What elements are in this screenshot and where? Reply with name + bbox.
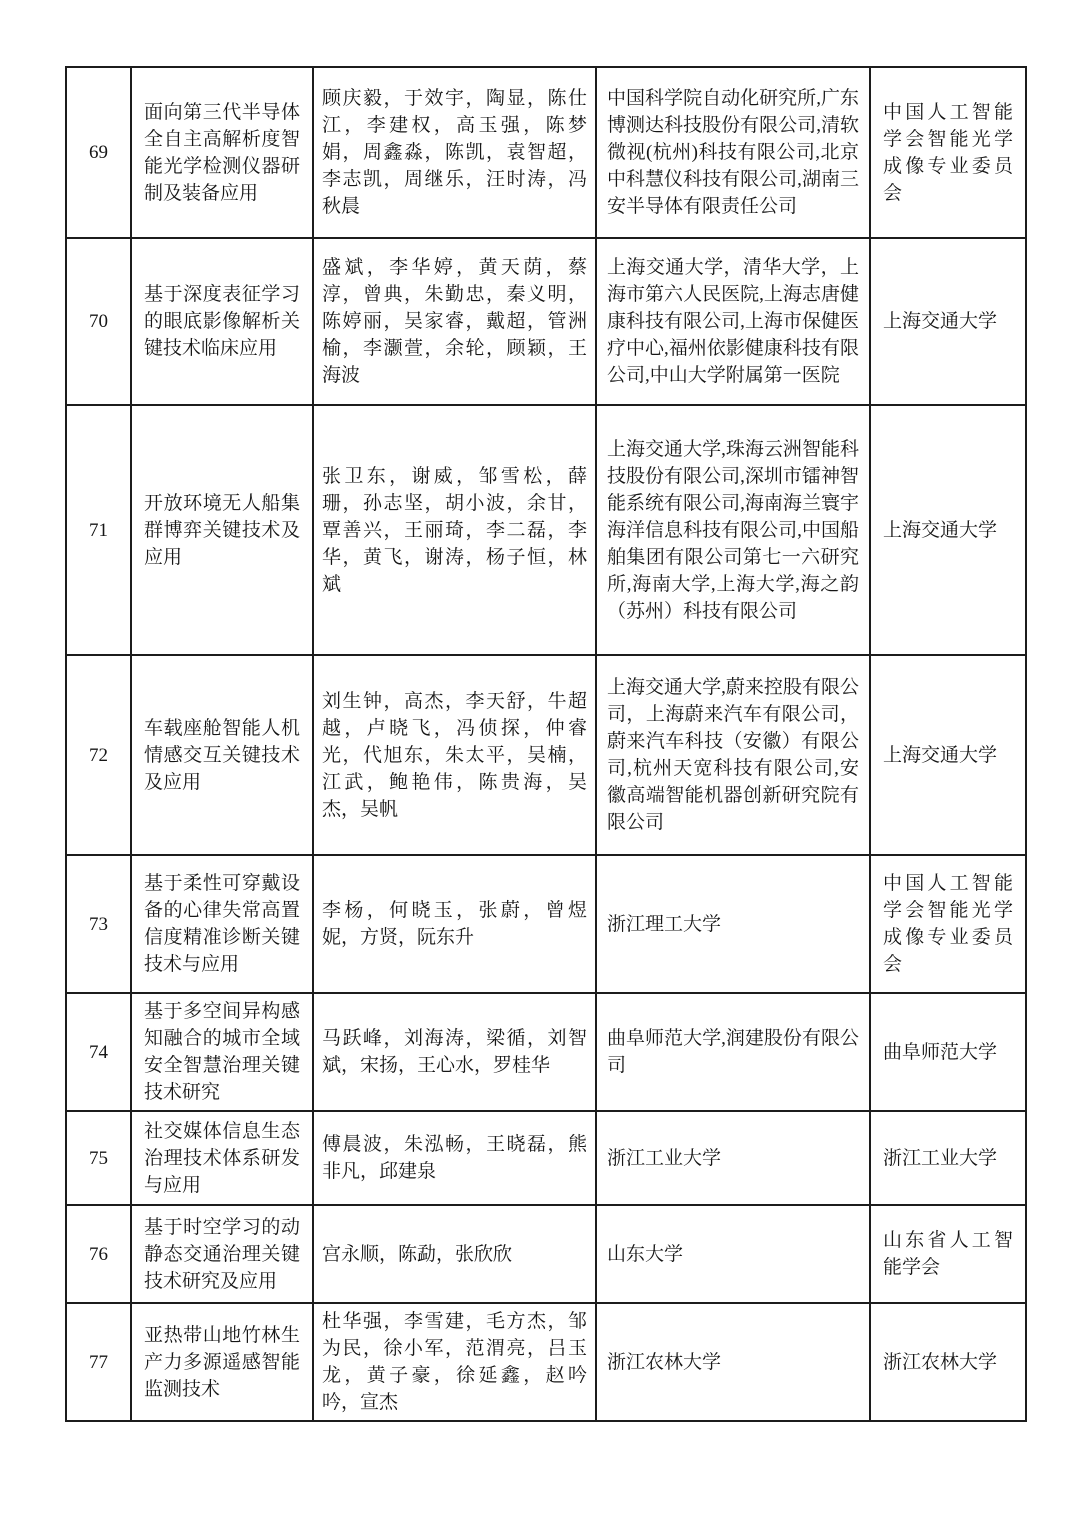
nominator-cell: 中国人工智能学会智能光学成像专业委员会 <box>870 67 1026 238</box>
table-row: 73 基于柔性可穿戴设备的心律失常高置信度精准诊断关键技术与应用 李杨，何晓玉，… <box>66 855 1026 993</box>
project-title-cell: 基于时空学习的动静态交通治理关键技术研究及应用 <box>131 1205 313 1303</box>
table-row: 72 车载座舱智能人机情感交互关键技术及应用 刘生钟，高杰，李天舒，牛超越，卢晓… <box>66 655 1026 855</box>
institutions-cell: 浙江工业大学 <box>596 1111 870 1205</box>
project-title-cell: 基于柔性可穿戴设备的心律失常高置信度精准诊断关键技术与应用 <box>131 855 313 993</box>
team-members-cell: 顾庆毅，于效宇，陶显，陈仕江，李建权，高玉强，陈梦娟，周鑫淼，陈凯，袁智超，李志… <box>313 67 596 238</box>
nominator-cell: 浙江农林大学 <box>870 1303 1026 1421</box>
nominator-cell: 上海交通大学 <box>870 655 1026 855</box>
awards-table: 69 面向第三代半导体全自主高解析度智能光学检测仪器研制及装备应用 顾庆毅，于效… <box>65 66 1027 1422</box>
team-members-cell: 盛斌，李华婷，黄天荫，蔡淳，曾典，朱勤忠，秦义明，陈婷丽，吴家睿，戴超，管洲榆，… <box>313 238 596 405</box>
institutions-cell: 浙江农林大学 <box>596 1303 870 1421</box>
institutions-cell: 曲阜师范大学,润建股份有限公司 <box>596 993 870 1111</box>
table-row: 76 基于时空学习的动静态交通治理关键技术研究及应用 宫永顺，陈勐，张欣欣 山东… <box>66 1205 1026 1303</box>
row-number-cell: 71 <box>66 405 131 655</box>
project-title-cell: 基于多空间异构感知融合的城市全域安全智慧治理关键技术研究 <box>131 993 313 1111</box>
row-number-cell: 72 <box>66 655 131 855</box>
team-members-cell: 杜华强，李雪建，毛方杰，邹为民，徐小军，范渭亮，吕玉龙，黄子豪，徐延鑫，赵吟吟，… <box>313 1303 596 1421</box>
row-number-cell: 74 <box>66 993 131 1111</box>
project-title-cell: 面向第三代半导体全自主高解析度智能光学检测仪器研制及装备应用 <box>131 67 313 238</box>
institutions-cell: 中国科学院自动化研究所,广东博测达科技股份有限公司,清软微视(杭州)科技有限公司… <box>596 67 870 238</box>
table-row: 71 开放环境无人船集群博弈关键技术及应用 张卫东，谢威，邹雪松，薛珊，孙志坚，… <box>66 405 1026 655</box>
row-number-cell: 69 <box>66 67 131 238</box>
institutions-cell: 上海交通大学,蔚来控股有限公司，上海蔚来汽车有限公司，蔚来汽车科技（安徽）有限公… <box>596 655 870 855</box>
team-members-cell: 张卫东，谢威，邹雪松，薛珊，孙志坚，胡小波，余甘，覃善兴，王丽琦，李二磊，李华，… <box>313 405 596 655</box>
nominator-cell: 上海交通大学 <box>870 405 1026 655</box>
table-row: 74 基于多空间异构感知融合的城市全域安全智慧治理关键技术研究 马跃峰，刘海涛，… <box>66 993 1026 1111</box>
project-title-cell: 开放环境无人船集群博弈关键技术及应用 <box>131 405 313 655</box>
team-members-cell: 宫永顺，陈勐，张欣欣 <box>313 1205 596 1303</box>
team-members-cell: 刘生钟，高杰，李天舒，牛超越，卢晓飞，冯侦探，仲睿光，代旭东，朱太平，吴楠，江武… <box>313 655 596 855</box>
row-number-cell: 77 <box>66 1303 131 1421</box>
institutions-cell: 山东大学 <box>596 1205 870 1303</box>
table-row: 70 基于深度表征学习的眼底影像解析关键技术临床应用 盛斌，李华婷，黄天荫，蔡淳… <box>66 238 1026 405</box>
team-members-cell: 李杨，何晓玉，张蔚，曾煜妮，方贤，阮东升 <box>313 855 596 993</box>
row-number-cell: 73 <box>66 855 131 993</box>
table-row: 69 面向第三代半导体全自主高解析度智能光学检测仪器研制及装备应用 顾庆毅，于效… <box>66 67 1026 238</box>
document-page: 69 面向第三代半导体全自主高解析度智能光学检测仪器研制及装备应用 顾庆毅，于效… <box>0 0 1080 1527</box>
nominator-cell: 曲阜师范大学 <box>870 993 1026 1111</box>
table-row: 75 社交媒体信息生态治理技术体系研发与应用 傅晨波，朱泓畅，王晓磊，熊非凡，邱… <box>66 1111 1026 1205</box>
institutions-cell: 浙江理工大学 <box>596 855 870 993</box>
row-number-cell: 70 <box>66 238 131 405</box>
nominator-cell: 浙江工业大学 <box>870 1111 1026 1205</box>
project-title-cell: 基于深度表征学习的眼底影像解析关键技术临床应用 <box>131 238 313 405</box>
table-row: 77 亚热带山地竹林生产力多源遥感智能监测技术 杜华强，李雪建，毛方杰，邹为民，… <box>66 1303 1026 1421</box>
team-members-cell: 马跃峰，刘海涛，梁循，刘智斌，宋扬，王心水，罗桂华 <box>313 993 596 1111</box>
project-title-cell: 车载座舱智能人机情感交互关键技术及应用 <box>131 655 313 855</box>
project-title-cell: 亚热带山地竹林生产力多源遥感智能监测技术 <box>131 1303 313 1421</box>
row-number-cell: 76 <box>66 1205 131 1303</box>
nominator-cell: 中国人工智能学会智能光学成像专业委员会 <box>870 855 1026 993</box>
project-title-cell: 社交媒体信息生态治理技术体系研发与应用 <box>131 1111 313 1205</box>
nominator-cell: 上海交通大学 <box>870 238 1026 405</box>
institutions-cell: 上海交通大学,珠海云洲智能科技股份有限公司,深圳市镭神智能系统有限公司,海南海兰… <box>596 405 870 655</box>
row-number-cell: 75 <box>66 1111 131 1205</box>
team-members-cell: 傅晨波，朱泓畅，王晓磊，熊非凡，邱建泉 <box>313 1111 596 1205</box>
institutions-cell: 上海交通大学，清华大学，上海市第六人民医院,上海志唐健康科技有限公司,上海市保健… <box>596 238 870 405</box>
nominator-cell: 山东省人工智能学会 <box>870 1205 1026 1303</box>
